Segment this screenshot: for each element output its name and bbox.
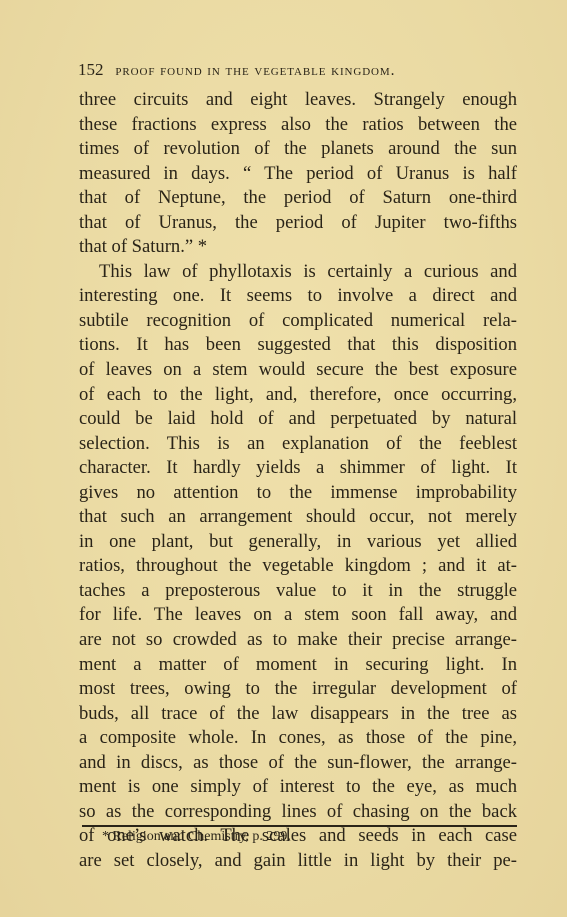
text-line: are set closely, and gain little in ligh…: [79, 849, 517, 874]
page-number: 152: [78, 60, 104, 79]
text-line: so as the corresponding lines of chasing…: [79, 800, 517, 825]
text-line: that of Uranus, the period of Jupiter tw…: [79, 211, 517, 236]
text-line: subtile recognition of complicated numer…: [79, 309, 517, 334]
text-line: for life. The leaves on a stem soon fall…: [79, 603, 517, 628]
text-line: a composite whole. In cones, as those of…: [79, 726, 517, 751]
text-line: tions. It has been suggested that this d…: [79, 333, 517, 358]
text-line: that such an arrangement should occur, n…: [79, 505, 517, 530]
text-line: are not so crowded as to make their prec…: [79, 628, 517, 653]
text-line: ment is one simply of interest to the ey…: [79, 775, 517, 800]
book-page: 152 PROOF FOUND IN THE VEGETABLE KINGDOM…: [0, 0, 567, 917]
text-line: times of revolution of the planets aroun…: [79, 137, 517, 162]
text-line: and in discs, as those of the sun-flower…: [79, 751, 517, 776]
running-head: 152 PROOF FOUND IN THE VEGETABLE KINGDOM…: [78, 60, 518, 80]
text-line: that of Saturn.” *: [79, 235, 517, 260]
text-line: taches a preposterous value to it in the…: [79, 579, 517, 604]
running-title: PROOF FOUND IN THE VEGETABLE KINGDOM.: [115, 62, 395, 79]
text-line: character. It hardly yields a shimmer of…: [79, 456, 517, 481]
text-line: in one plant, but generally, in various …: [79, 530, 517, 555]
text-line: these fractions express also the ratios …: [79, 113, 517, 138]
text-line: buds, all trace of the law disappears in…: [79, 702, 517, 727]
text-line: three circuits and eight leaves. Strange…: [79, 88, 517, 113]
text-line: selection. This is an explanation of the…: [79, 432, 517, 457]
text-line: could be laid hold of and perpetuated by…: [79, 407, 517, 432]
text-line: ratios, throughout the vegetable kingdom…: [79, 554, 517, 579]
text-line: most trees, owing to the irregular devel…: [79, 677, 517, 702]
text-line: of each to the light, and, therefore, on…: [79, 383, 517, 408]
body-text: three circuits and eight leaves. Strange…: [79, 88, 517, 874]
text-line: This law of phyllotaxis is certainly a c…: [79, 260, 517, 285]
text-line: ment a matter of moment in securing ligh…: [79, 653, 517, 678]
footnote: * Religion and Chemistry, p. 299.: [102, 829, 291, 845]
text-line: of leaves on a stem would secure the bes…: [79, 358, 517, 383]
text-line: that of Neptune, the period of Saturn on…: [79, 186, 517, 211]
text-line: gives no attention to the immense improb…: [79, 481, 517, 506]
footnote-rule: [82, 825, 517, 827]
text-line: measured in days. “ The period of Uranus…: [79, 162, 517, 187]
text-line: interesting one. It seems to involve a d…: [79, 284, 517, 309]
